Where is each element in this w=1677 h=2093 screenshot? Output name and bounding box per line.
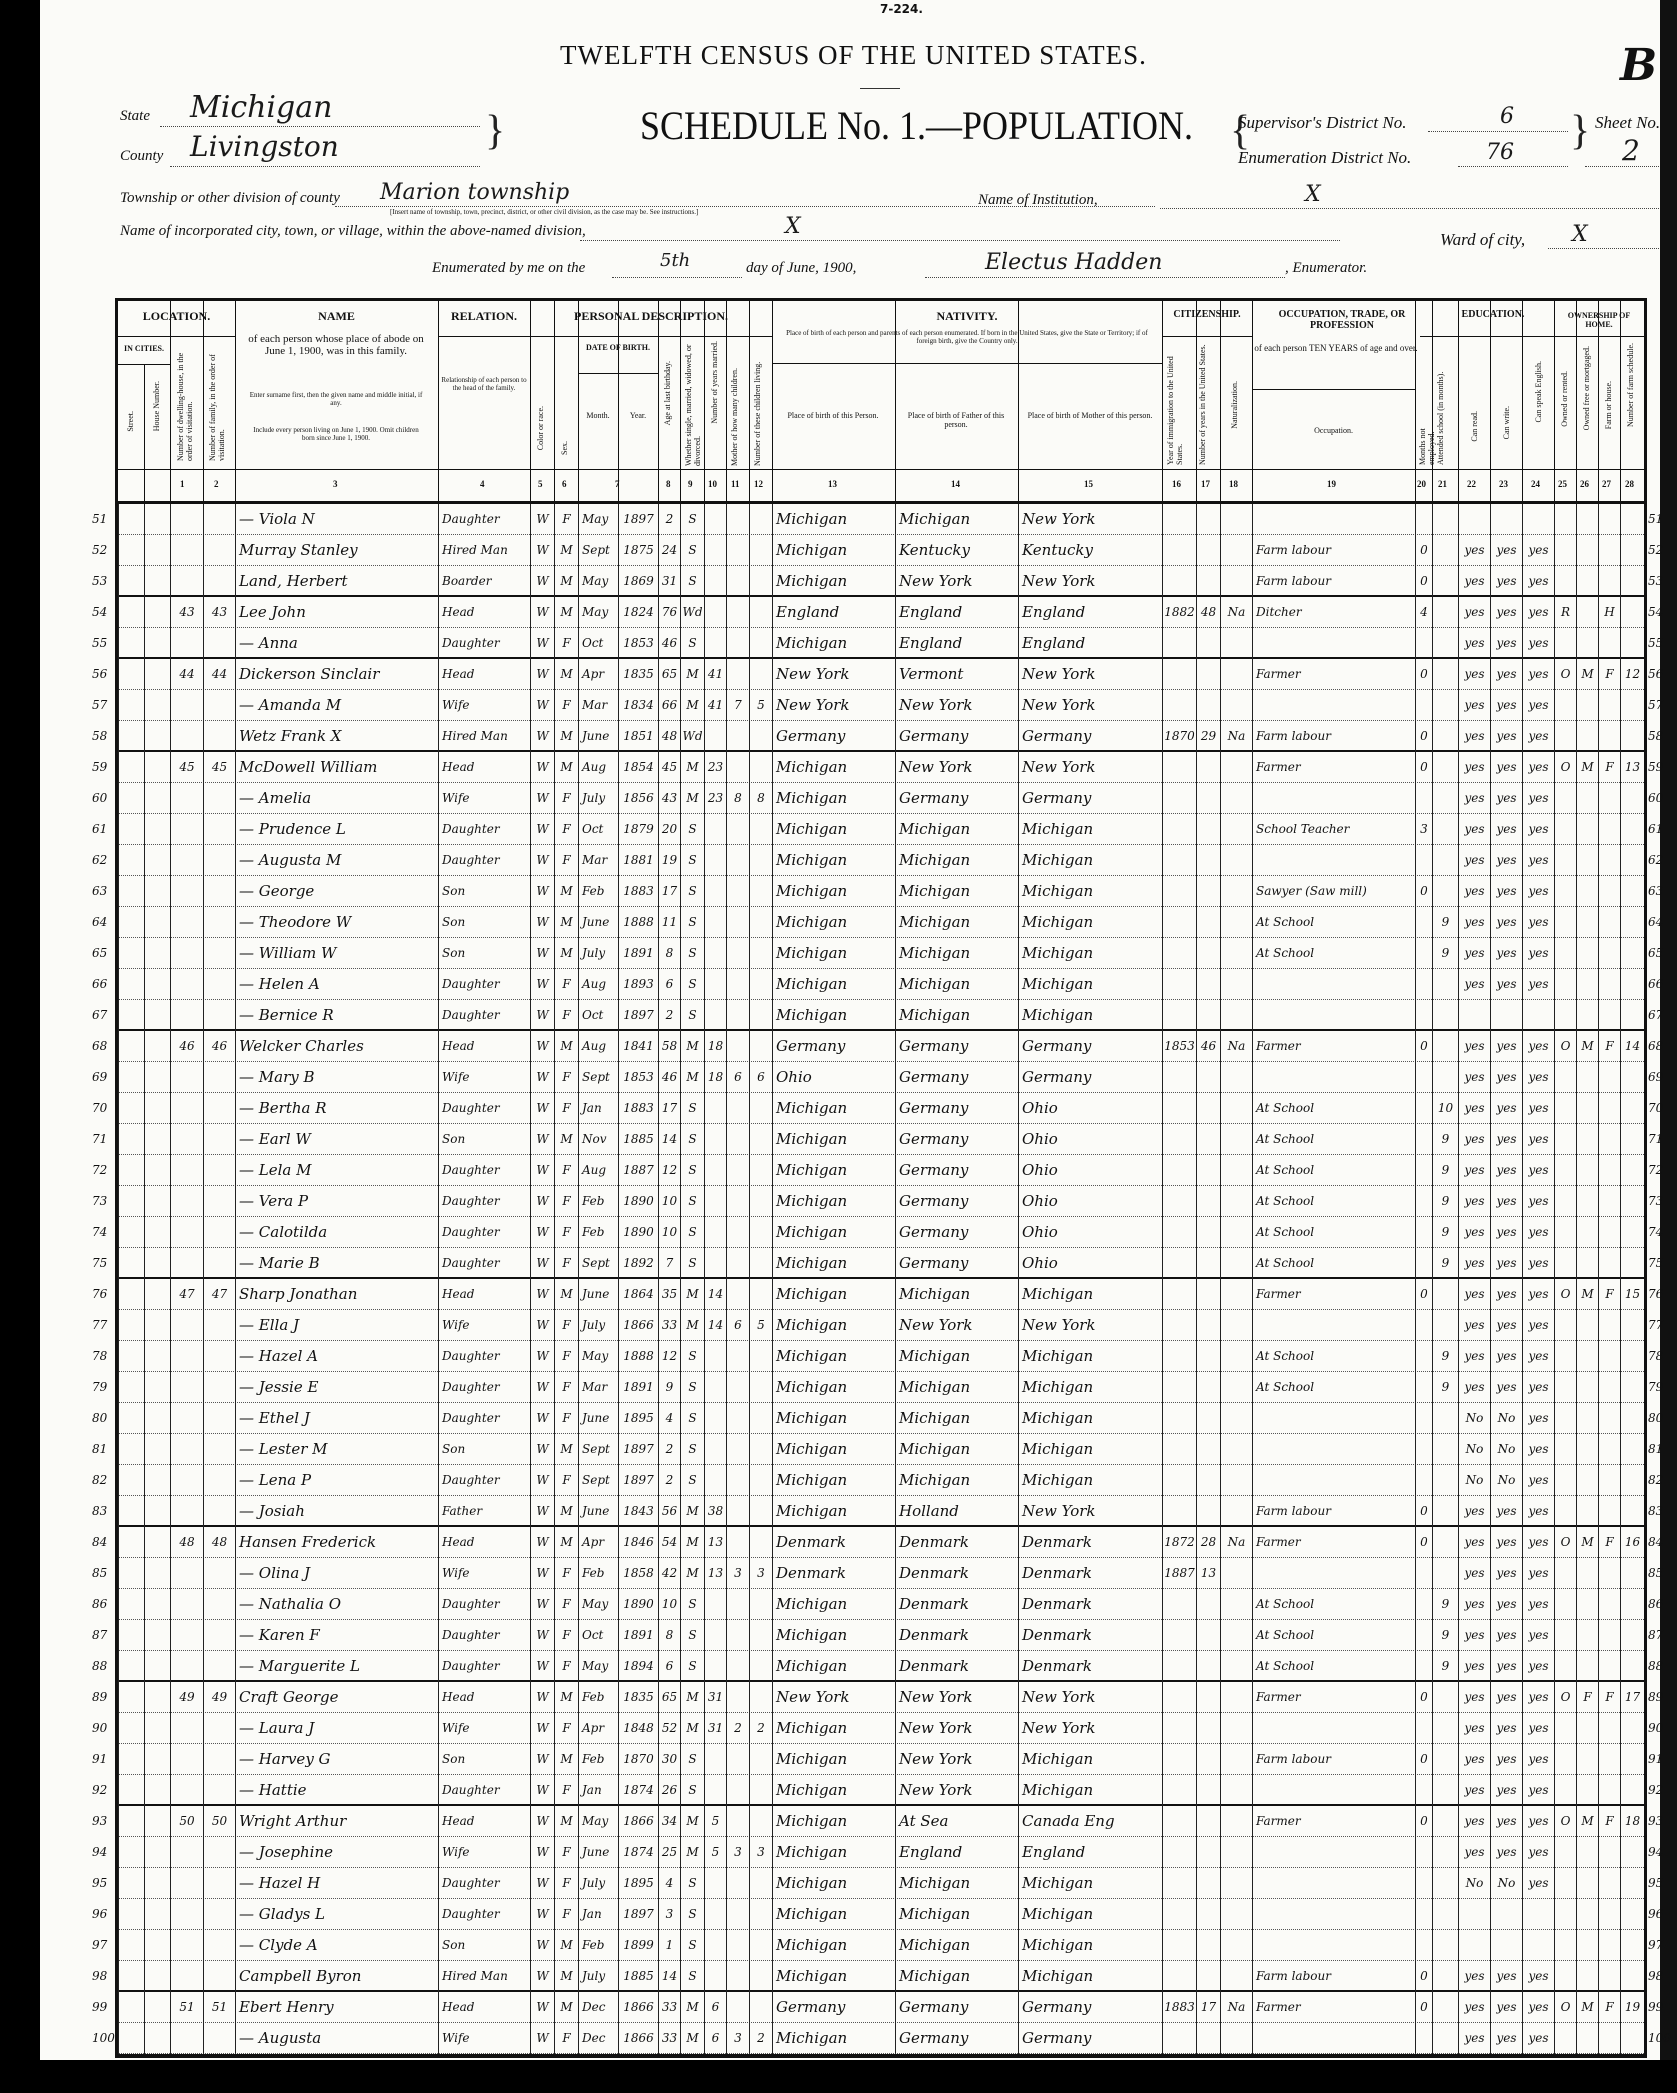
sex-cell: F [554,1465,578,1496]
birth-month-cell: Feb [578,1744,618,1775]
relation-cell: Head [438,752,530,783]
marital-status-cell: S [680,535,704,566]
table-row: Murray StanleyHired ManWMSept187524SMich… [118,535,1644,566]
person-name-cell: — Jessie E [235,1372,438,1403]
birth-year-cell: 1891 [618,1620,658,1651]
birthplace-mother-cell: Denmark [1018,1558,1162,1589]
birthplace-father-cell: At Sea [895,1806,1018,1837]
family-number-cell [203,1744,235,1775]
birthplace-father-cell: Michigan [895,1930,1018,1961]
birthplace-mother-cell: Ohio [1018,1248,1162,1279]
birth-month-cell: Mar [578,845,618,876]
can-write-cell: yes [1490,1248,1522,1279]
birthplace-mother-cell: Denmark [1018,1620,1162,1651]
occupation-cell: At School [1252,1372,1415,1403]
months-unemployed-cell: 0 [1415,1496,1432,1527]
mother-of-cell [726,876,749,907]
free-mortgaged-cell [1576,1000,1598,1031]
attended-school-cell [1432,2023,1458,2054]
attended-school-cell: 9 [1432,1217,1458,1248]
free-mortgaged-cell [1576,1713,1598,1744]
years-married-cell: 14 [704,1310,726,1341]
years-in-us-cell [1196,1124,1220,1155]
naturalization-cell [1220,1062,1252,1093]
birthplace-father-cell: Michigan [895,814,1018,845]
birthplace-person-cell: England [772,597,895,628]
house-cell [144,1713,170,1744]
owned-rented-cell [1554,1775,1576,1806]
person-name-cell: Ebert Henry [235,1992,438,2023]
birthplace-person-cell: Michigan [772,1000,895,1031]
enumerated-day-line [612,277,742,278]
birth-year-cell: 1895 [618,1868,658,1899]
mother-of-cell [726,1217,749,1248]
color-cell: W [530,1372,554,1403]
house-cell [144,783,170,814]
years-in-us-cell [1196,1093,1220,1124]
can-speak-english-cell: yes [1522,721,1554,752]
can-write-cell: yes [1490,1589,1522,1620]
sheet-value: 2 [1622,134,1640,167]
col-number: 12 [754,479,763,489]
family-number-cell [203,814,235,845]
years-in-us-cell [1196,1620,1220,1651]
can-read-cell: yes [1458,690,1490,721]
free-mortgaged-cell [1576,1744,1598,1775]
birthplace-mother-cell: Germany [1018,1992,1162,2023]
person-name-cell: — Gladys L [235,1899,438,1930]
can-write-cell: yes [1490,752,1522,783]
immigration-year-cell [1162,1682,1196,1713]
sex-cell: M [554,721,578,752]
farm-schedule-cell [1620,845,1644,876]
person-name-cell: — Josiah [235,1496,438,1527]
street-cell [118,1124,144,1155]
person-name-cell: — Bernice R [235,1000,438,1031]
table-row: 4646Welcker CharlesHeadWMAug184158M18Ger… [118,1031,1644,1062]
relation-cell: Daughter [438,1465,530,1496]
sex-cell: F [554,1558,578,1589]
sex-cell: F [554,690,578,721]
street-cell [118,1775,144,1806]
marital-status-cell: S [680,1186,704,1217]
farm-schedule-cell [1620,1341,1644,1372]
house-cell [144,1186,170,1217]
months-unemployed-cell [1415,1899,1432,1930]
can-write-cell: yes [1490,1341,1522,1372]
family-number-cell [203,1217,235,1248]
marital-status-cell: M [680,659,704,690]
mother-of-cell [726,504,749,535]
family-number-cell [203,1775,235,1806]
col-attended-school: Attended school (in months). [1436,343,1454,465]
birth-year-cell: 1894 [618,1651,658,1682]
street-cell [118,2023,144,2054]
color-cell: W [530,876,554,907]
col-number: 14 [951,479,960,489]
line-number-left: 76 [92,1287,107,1301]
table-row: 4747Sharp JonathanHeadWMJune186435M14Mic… [118,1279,1644,1310]
street-cell [118,1651,144,1682]
color-cell: W [530,690,554,721]
col-number: 4 [480,479,485,489]
line-number-left: 73 [92,1194,107,1208]
birth-year-cell: 1858 [618,1558,658,1589]
county-field-line [170,166,480,167]
occupation-cell [1252,2023,1415,2054]
can-read-cell: yes [1458,1744,1490,1775]
naturalization-cell [1220,1124,1252,1155]
years-married-cell [704,1155,726,1186]
years-in-us-cell [1196,1837,1220,1868]
free-mortgaged-cell [1576,814,1598,845]
immigration-year-cell [1162,1341,1196,1372]
table-header: LOCATION. IN CITIES. NAME of each person… [118,301,1644,504]
children-living-cell [749,1496,772,1527]
birth-year-cell: 1892 [618,1248,658,1279]
can-speak-english-cell: yes [1522,1713,1554,1744]
free-mortgaged-cell [1576,845,1598,876]
sex-cell: F [554,1093,578,1124]
birthplace-person-cell: Michigan [772,938,895,969]
farm-house-cell [1598,1899,1620,1930]
free-mortgaged-cell [1576,1403,1598,1434]
free-mortgaged-cell [1576,1248,1598,1279]
family-number-cell [203,1062,235,1093]
age-cell: 10 [658,1217,680,1248]
color-cell: W [530,1031,554,1062]
dwelling-number-cell: 45 [170,752,203,783]
age-cell: 54 [658,1527,680,1558]
farm-schedule-cell [1620,938,1644,969]
street-cell [118,1961,144,1992]
years-married-cell: 6 [704,2023,726,2054]
birth-month-cell: June [578,1837,618,1868]
free-mortgaged-cell [1576,2023,1598,2054]
birthplace-father-cell: Michigan [895,1868,1018,1899]
col-house-number: House Number. [152,381,161,431]
marital-status-cell: S [680,1930,704,1961]
birth-year-cell: 1854 [618,752,658,783]
free-mortgaged-cell: M [1576,1806,1598,1837]
birth-month-cell: Aug [578,752,618,783]
house-cell [144,1930,170,1961]
township-value: Marion township [380,180,569,205]
street-cell [118,907,144,938]
birthplace-person-cell: Michigan [772,535,895,566]
street-cell [118,1403,144,1434]
owned-rented-cell [1554,1341,1576,1372]
birthplace-person-cell: Michigan [772,1310,895,1341]
owned-rented-cell [1554,504,1576,535]
city-field-line [580,240,1340,241]
birth-year-cell: 1856 [618,783,658,814]
months-unemployed-cell [1415,2023,1432,2054]
col-number: 9 [688,479,693,489]
attended-school-cell [1432,783,1458,814]
attended-school-cell [1432,876,1458,907]
dwelling-number-cell [170,845,203,876]
naturalization-cell [1220,1465,1252,1496]
birthplace-mother-cell: Michigan [1018,1775,1162,1806]
supervisor-field-line [1428,131,1568,132]
can-speak-english-cell: yes [1522,1558,1554,1589]
house-cell [144,814,170,845]
can-read-cell: yes [1458,1992,1490,2023]
birthplace-mother-cell: Ohio [1018,1155,1162,1186]
birthplace-mother-cell: Michigan [1018,1899,1162,1930]
dwelling-number-cell [170,1403,203,1434]
immigration-year-cell [1162,845,1196,876]
color-cell: W [530,1155,554,1186]
street-cell [118,783,144,814]
can-write-cell: yes [1490,628,1522,659]
birthplace-mother-cell: Michigan [1018,845,1162,876]
attended-school-cell [1432,690,1458,721]
owned-rented-cell [1554,938,1576,969]
years-married-cell [704,1186,726,1217]
marital-status-cell: S [680,969,704,1000]
sex-cell: F [554,969,578,1000]
street-cell [118,535,144,566]
birthplace-person-cell: Michigan [772,1713,895,1744]
dwelling-number-cell [170,1372,203,1403]
person-name-cell: — Hazel H [235,1868,438,1899]
line-number-right: 84 [1648,1535,1663,1549]
col-number: 8 [666,479,671,489]
can-read-cell: yes [1458,1310,1490,1341]
children-living-cell [749,1930,772,1961]
farm-schedule-cell [1620,1620,1644,1651]
col-number: 15 [1084,479,1093,489]
enumeration-value: 76 [1486,140,1514,165]
can-speak-english-cell: yes [1522,1279,1554,1310]
free-mortgaged-cell [1576,1434,1598,1465]
mother-of-cell [726,1496,749,1527]
birthplace-mother-cell: Ohio [1018,1217,1162,1248]
can-write-cell: yes [1490,1310,1522,1341]
farm-house-cell: F [1598,1806,1620,1837]
line-number-left: 86 [92,1597,107,1611]
children-living-cell [749,1000,772,1031]
birth-year-cell: 1864 [618,1279,658,1310]
line-number-left: 65 [92,946,107,960]
line-number-left: 54 [92,605,107,619]
age-cell: 34 [658,1806,680,1837]
mother-of-cell [726,1744,749,1775]
age-cell: 9 [658,1372,680,1403]
farm-house-cell: F [1598,659,1620,690]
years-married-cell [704,1465,726,1496]
immigration-year-cell [1162,1434,1196,1465]
sex-cell: M [554,1744,578,1775]
line-number-right: 59 [1648,760,1663,774]
scan-edge-bottom [0,2060,1677,2093]
owned-rented-cell [1554,628,1576,659]
house-cell [144,1434,170,1465]
free-mortgaged-cell [1576,876,1598,907]
farm-schedule-cell [1620,1000,1644,1031]
col-dwelling: Number of dwelling-house, in the order o… [176,351,200,461]
birth-month-cell: Oct [578,1620,618,1651]
relation-cell: Wife [438,1062,530,1093]
owned-rented-cell [1554,845,1576,876]
dwelling-number-cell [170,907,203,938]
owned-rented-cell [1554,1589,1576,1620]
can-speak-english-cell: yes [1522,1837,1554,1868]
line-number-right: 77 [1648,1318,1663,1332]
farm-house-cell [1598,535,1620,566]
attended-school-cell [1432,969,1458,1000]
years-in-us-cell [1196,752,1220,783]
can-read-cell: yes [1458,876,1490,907]
naturalization-cell [1220,1372,1252,1403]
immigration-year-cell [1162,504,1196,535]
family-number-cell [203,1651,235,1682]
can-speak-english-cell: yes [1522,1341,1554,1372]
marital-status-cell: M [680,1713,704,1744]
years-in-us-cell [1196,566,1220,597]
attended-school-cell [1432,1961,1458,1992]
birthplace-mother-cell: Michigan [1018,1868,1162,1899]
dwelling-number-cell [170,1899,203,1930]
free-mortgaged-cell [1576,1651,1598,1682]
township-hint: [Insert name of township, town, precinct… [390,208,698,216]
house-cell [144,1558,170,1589]
age-cell: 42 [658,1558,680,1589]
mother-of-cell [726,1279,749,1310]
owned-rented-cell [1554,1155,1576,1186]
immigration-year-cell [1162,1093,1196,1124]
farm-house-cell [1598,1155,1620,1186]
marital-status-cell: M [680,690,704,721]
birth-year-cell: 1888 [618,1341,658,1372]
birth-month-cell: May [578,1589,618,1620]
color-cell: W [530,1062,554,1093]
can-speak-english-cell: yes [1522,1217,1554,1248]
birthplace-father-cell: Germany [895,1031,1018,1062]
owned-rented-cell: O [1554,1682,1576,1713]
children-living-cell [749,1992,772,2023]
months-unemployed-cell [1415,1620,1432,1651]
years-married-cell [704,1000,726,1031]
birthplace-father-cell: New York [895,1310,1018,1341]
sex-cell: F [554,1775,578,1806]
free-mortgaged-cell [1576,721,1598,752]
can-speak-english-cell: yes [1522,1992,1554,2023]
birth-month-cell: June [578,721,618,752]
free-mortgaged-cell [1576,1372,1598,1403]
occupation-cell [1252,1899,1415,1930]
children-living-cell [749,1775,772,1806]
person-name-cell: — Amanda M [235,690,438,721]
free-mortgaged-cell: M [1576,659,1598,690]
dwelling-number-cell [170,1434,203,1465]
relation-cell: Daughter [438,628,530,659]
months-unemployed-cell [1415,1434,1432,1465]
can-write-cell: yes [1490,721,1522,752]
house-cell [144,1682,170,1713]
col-month: Month. [578,411,618,420]
birth-year-cell: 1890 [618,1217,658,1248]
occupation-cell: Farmer [1252,1682,1415,1713]
birthplace-father-cell: Germany [895,1093,1018,1124]
house-cell [144,504,170,535]
can-speak-english-cell: yes [1522,1372,1554,1403]
years-married-cell: 13 [704,1558,726,1589]
color-cell: W [530,504,554,535]
age-cell: 65 [658,659,680,690]
family-number-cell [203,566,235,597]
birth-year-cell: 1866 [618,1992,658,2023]
birthplace-father-cell: New York [895,566,1018,597]
marital-status-cell: M [680,1837,704,1868]
birth-month-cell: May [578,1806,618,1837]
table-row: 4444Dickerson SinclairHeadWMApr183565M41… [118,659,1644,690]
attended-school-cell [1432,504,1458,535]
can-speak-english-cell: yes [1522,1310,1554,1341]
line-number-left: 60 [92,791,107,805]
attended-school-cell [1432,1465,1458,1496]
years-in-us-cell [1196,814,1220,845]
line-number-right: 70 [1648,1101,1663,1115]
person-name-cell: Craft George [235,1682,438,1713]
occupation-cell: Ditcher [1252,597,1415,628]
immigration-year-cell [1162,907,1196,938]
children-living-cell [749,1279,772,1310]
color-cell: W [530,1217,554,1248]
years-in-us-cell [1196,783,1220,814]
can-write-cell: yes [1490,1620,1522,1651]
can-speak-english-cell: yes [1522,2023,1554,2054]
attended-school-cell [1432,628,1458,659]
can-speak-english-cell: yes [1522,1186,1554,1217]
line-number-left: 78 [92,1349,107,1363]
house-cell [144,1899,170,1930]
birthplace-mother-cell: Denmark [1018,1527,1162,1558]
birth-month-cell: Sept [578,1062,618,1093]
children-living-cell [749,566,772,597]
can-read-cell: yes [1458,1806,1490,1837]
line-number-right: 60 [1648,791,1663,805]
header-col [772,301,895,501]
birthplace-mother-cell: New York [1018,504,1162,535]
years-in-us-cell [1196,1651,1220,1682]
can-write-cell: yes [1490,1062,1522,1093]
can-read-cell: yes [1458,535,1490,566]
dwelling-number-cell [170,1713,203,1744]
street-cell [118,1155,144,1186]
dwelling-number-cell: 49 [170,1682,203,1713]
farm-house-cell [1598,1651,1620,1682]
age-cell: 35 [658,1279,680,1310]
family-number-cell [203,1124,235,1155]
occupation-cell [1252,1868,1415,1899]
line-number-left: 69 [92,1070,107,1084]
can-speak-english-cell: yes [1522,969,1554,1000]
birthplace-father-cell: Germany [895,1155,1018,1186]
sex-cell: F [554,1868,578,1899]
naturalization-cell [1220,969,1252,1000]
person-name-cell: — Olina J [235,1558,438,1589]
birth-month-cell: Apr [578,1713,618,1744]
years-in-us-cell [1196,1062,1220,1093]
mother-of-cell [726,814,749,845]
years-married-cell [704,1217,726,1248]
table-row: 5151Ebert HenryHeadWMDec186633M6GermanyG… [118,1992,1644,2023]
dwelling-number-cell [170,1217,203,1248]
color-cell: W [530,1868,554,1899]
